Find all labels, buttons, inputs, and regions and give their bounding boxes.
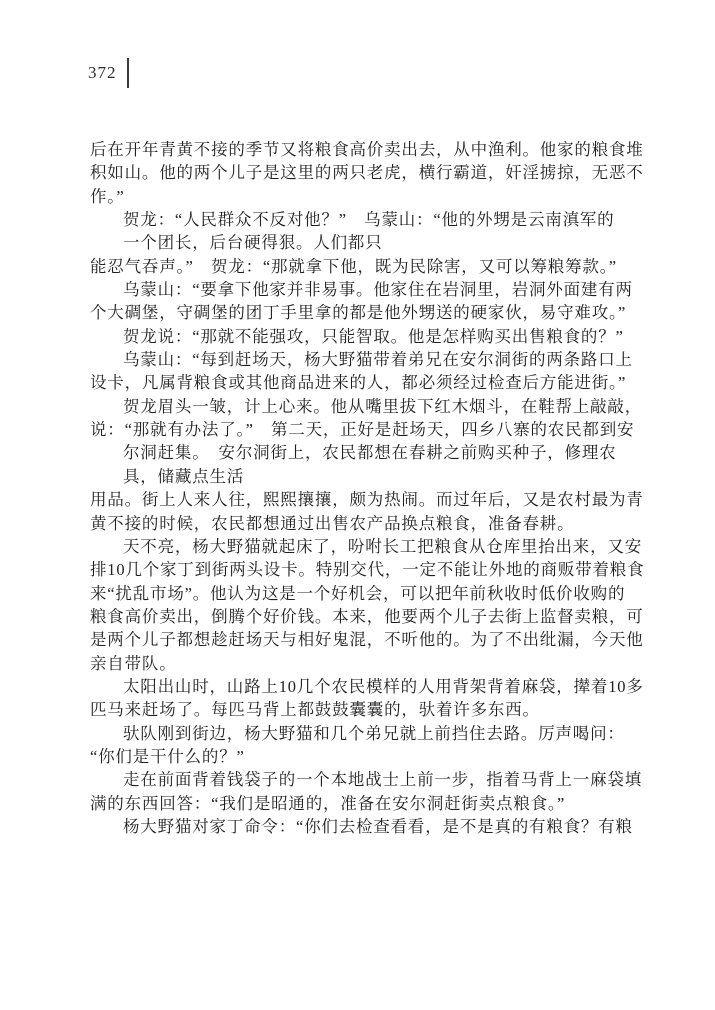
text-line: 驮队刚到街边，杨大野猫和几个弟兄就上前挡住去路。厉声喝问： bbox=[90, 722, 635, 745]
text-line: 贺龙眉头一皱，计上心来。他从嘴里拔下红木烟斗，在鞋帮上敲敲， bbox=[90, 395, 635, 418]
text-line: 贺龙说：“那就不能强攻，只能智取。他是怎样购买出售粮食的？” bbox=[90, 325, 635, 348]
text-line: 后在开年青黄不接的季节又将粮食高价卖出去，从中渔利。他家的粮食堆 bbox=[90, 138, 635, 161]
text-line: 黄不接的时候，农民都想通过出售农产品换点粮食，准备春耕。 bbox=[90, 512, 635, 535]
text-line: 排10几个家丁到街两头设卡。特别交代，一定不能让外地的商贩带着粮食 bbox=[90, 558, 635, 581]
text-line: 匹马来赶场了。每匹马背上都鼓鼓囊囊的，驮着许多东西。 bbox=[90, 698, 635, 721]
page-header: 372 bbox=[88, 58, 129, 88]
text-line: 天不亮，杨大野猫就起床了，吩咐长工把粮食从仓库里抬出来，又安 bbox=[90, 535, 635, 558]
text-line: 走在前面背着钱袋子的一个本地战士上前一步，指着马背上一麻袋填 bbox=[90, 768, 635, 791]
text-line: 个大碉堡，守碉堡的团丁手里拿的都是他外甥送的硬家伙，易守难攻。” bbox=[90, 301, 635, 324]
page-number: 372 bbox=[88, 58, 117, 88]
text-line: 来“扰乱市场”。他认为这是一个好机会，可以把年前秋收时低价收购的 bbox=[90, 582, 635, 605]
text-line: 粮食高价卖出，倒腾个好价钱。本来，他要两个儿子去街上监督卖粮，可 bbox=[90, 605, 635, 628]
text-line: 说：“那就有办法了。” 第二天，正好是赶场天，四乡八寨的农民都到安 bbox=[90, 418, 635, 441]
text-line: 一个团长，后台硬得狠。人们都只 bbox=[90, 231, 635, 254]
book-page: 372 后在开年青黄不接的季节又将粮食高价卖出去，从中渔利。他家的粮食堆积如山。… bbox=[0, 0, 715, 1010]
text-line: “你们是干什么的？” bbox=[90, 745, 635, 768]
text-line: 用品。街上人来人往，熙熙攘攘，颇为热闹。而过年后，又是农村最为青 bbox=[90, 488, 635, 511]
text-line: 积如山。他的两个儿子是这里的两只老虎，横行霸道，奸淫掳掠，无恶不 bbox=[90, 161, 635, 184]
text-line: 作。” bbox=[90, 185, 635, 208]
text-line: 乌蒙山：“要拿下他家并非易事。他家住在岩洞里，岩洞外面建有两 bbox=[90, 278, 635, 301]
text-line: 杨大野猫对家丁命令：“你们去检查看看，是不是真的有粮食？有粮 bbox=[90, 815, 635, 838]
text-line: 满的东西回答：“我们是昭通的，准备在安尔洞赶街卖点粮食。” bbox=[90, 792, 635, 815]
text-line: 太阳出山时，山路上10几个农民模样的人用背架背着麻袋，撵着10多 bbox=[90, 675, 635, 698]
text-line: 贺龙：“人民群众不反对他？” 乌蒙山：“他的外甥是云南滇军的 bbox=[90, 208, 635, 231]
text-line: 尔洞赶集。 安尔洞街上，农民都想在春耕之前购买种子，修理农 bbox=[90, 441, 635, 464]
text-line: 亲自带队。 bbox=[90, 652, 635, 675]
text-line: 设卡，凡属背粮食或其他商品进来的人，都必须经过检查后方能进街。” bbox=[90, 371, 635, 394]
body-text-block: 后在开年青黄不接的季节又将粮食高价卖出去，从中渔利。他家的粮食堆积如山。他的两个… bbox=[90, 138, 635, 838]
page-number-divider bbox=[127, 58, 129, 88]
text-line: 具，储藏点生活 bbox=[90, 465, 635, 488]
text-line: 是两个儿子都想趁赶场天与相好鬼混，不听他的。为了不出纰漏，今天他 bbox=[90, 628, 635, 651]
text-line: 乌蒙山：“每到赶场天，杨大野猫带着弟兄在安尔洞街的两条路口上 bbox=[90, 348, 635, 371]
text-line: 能忍气吞声。” 贺龙：“那就拿下他，既为民除害，又可以筹粮筹款。” bbox=[90, 255, 635, 278]
